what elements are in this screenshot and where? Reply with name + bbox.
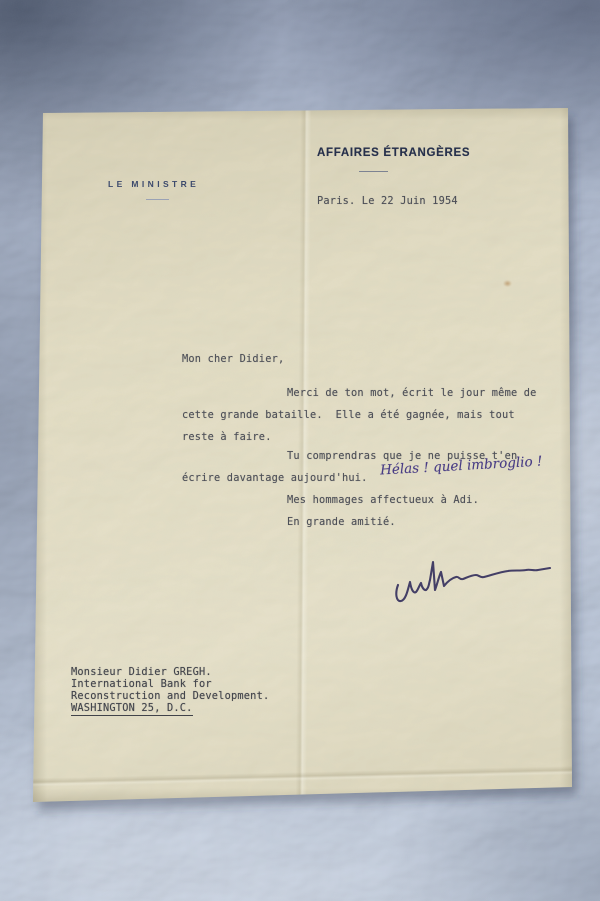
photo-of-letter: AFFAIRES ÉTRANGÈRES LE MINISTRE Paris. L… [0, 0, 600, 901]
salutation: Mon cher Didier, [182, 353, 284, 365]
paper-stain [503, 280, 512, 287]
recipient-line: Monsieur Didier GREGH. [71, 666, 212, 678]
signature-scribble-icon [388, 551, 568, 621]
recipient-line: Reconstruction and Development. [71, 690, 269, 702]
letterhead-minister-rule [146, 199, 169, 200]
letter-paper: AFFAIRES ÉTRANGÈRES LE MINISTRE Paris. L… [0, 0, 600, 901]
body-line: En grande amitié. [287, 516, 396, 528]
body-line: écrire davantage aujourd'hui. [182, 472, 368, 484]
recipient-line: International Bank for [71, 678, 212, 690]
body-line: Mes hommages affectueux à Adi. [287, 494, 479, 506]
body-line: Merci de ton mot, écrit le jour même de [287, 387, 537, 399]
body-line: reste à faire. [182, 431, 272, 443]
letterhead-ministry-rule [359, 171, 388, 172]
dateline: Paris. Le 22 Juin 1954 [317, 195, 458, 207]
body-line: cette grande bataille. Elle a été gagnée… [182, 409, 515, 421]
letterhead-ministry: AFFAIRES ÉTRANGÈRES [317, 147, 470, 159]
recipient-city-underlined: WASHINGTON 25, D.C. [71, 702, 193, 716]
letterhead-minister-title: LE MINISTRE [108, 179, 199, 189]
